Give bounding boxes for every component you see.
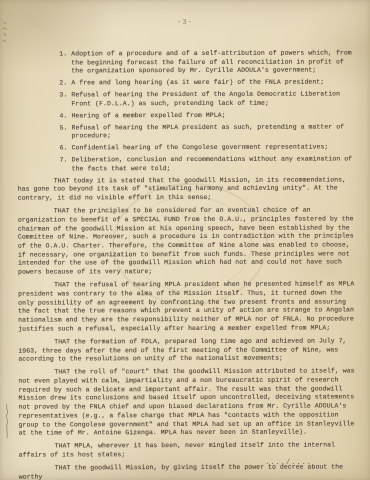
item-text: Confidential hearing of the Congolese go… (72, 144, 358, 154)
document-body: 1. Adoption of a procedure and of a self… (17, 49, 359, 480)
paragraph: THAT the formation of FDLA, prepared lon… (18, 337, 358, 364)
list-item: 7. Deliberation, conclusion and recommen… (60, 156, 358, 174)
item-number: 2. (59, 80, 71, 89)
item-text: Hearing of a member expelled from MPLA; (71, 111, 357, 121)
scanned-document-page: -3- 1. Adoption of a procedure and of a … (0, 0, 370, 480)
item-number: 1. (59, 50, 71, 76)
item-number: 7. (60, 157, 72, 174)
list-item: 1. Adoption of a procedure and of a self… (59, 49, 357, 76)
list-item: 5. Refusal of hearing the MPLA president… (59, 123, 357, 141)
numbered-list: 1. Adoption of a procedure and of a self… (59, 49, 357, 174)
paragraph: THAT MPLA, wherever it has been, never m… (19, 442, 359, 461)
item-text: Refusal of hearing the MPLA president as… (71, 123, 357, 141)
item-number: 4. (59, 112, 71, 121)
paragraph: THAT the roll of "court" that the goodwi… (18, 368, 358, 439)
paragraph: THAT today it is stated that the goodwil… (18, 176, 358, 203)
item-number: 3. (59, 92, 71, 109)
paragraph: THAT the refusal of hearing MPLA preside… (18, 281, 358, 334)
margin-pencil-mark (1, 20, 9, 50)
paragraph: THAT the principles to be considered for… (18, 207, 358, 278)
list-item: 2. A free and long hearing (as it were f… (59, 79, 357, 89)
list-item: 4. Hearing of a member expelled from MPL… (59, 111, 357, 121)
page-number: -3- (0, 19, 370, 27)
list-item: 6. Confidential hearing of the Congolese… (60, 144, 358, 154)
item-text: Adoption of a procedure and of a self-at… (71, 49, 357, 76)
item-number: 6. (60, 145, 72, 154)
item-text: A free and long hearing (as it were fair… (71, 79, 357, 89)
continuation-mark: ..../.... (265, 459, 312, 467)
list-item: 3. Refusal of hearing the President of t… (59, 91, 357, 109)
item-number: 5. (59, 124, 71, 141)
item-text: Deliberation, conclusion and recommendat… (72, 156, 358, 174)
handwritten-margin-note (2, 402, 12, 442)
item-text: Refusal of hearing the President of the … (71, 91, 357, 109)
